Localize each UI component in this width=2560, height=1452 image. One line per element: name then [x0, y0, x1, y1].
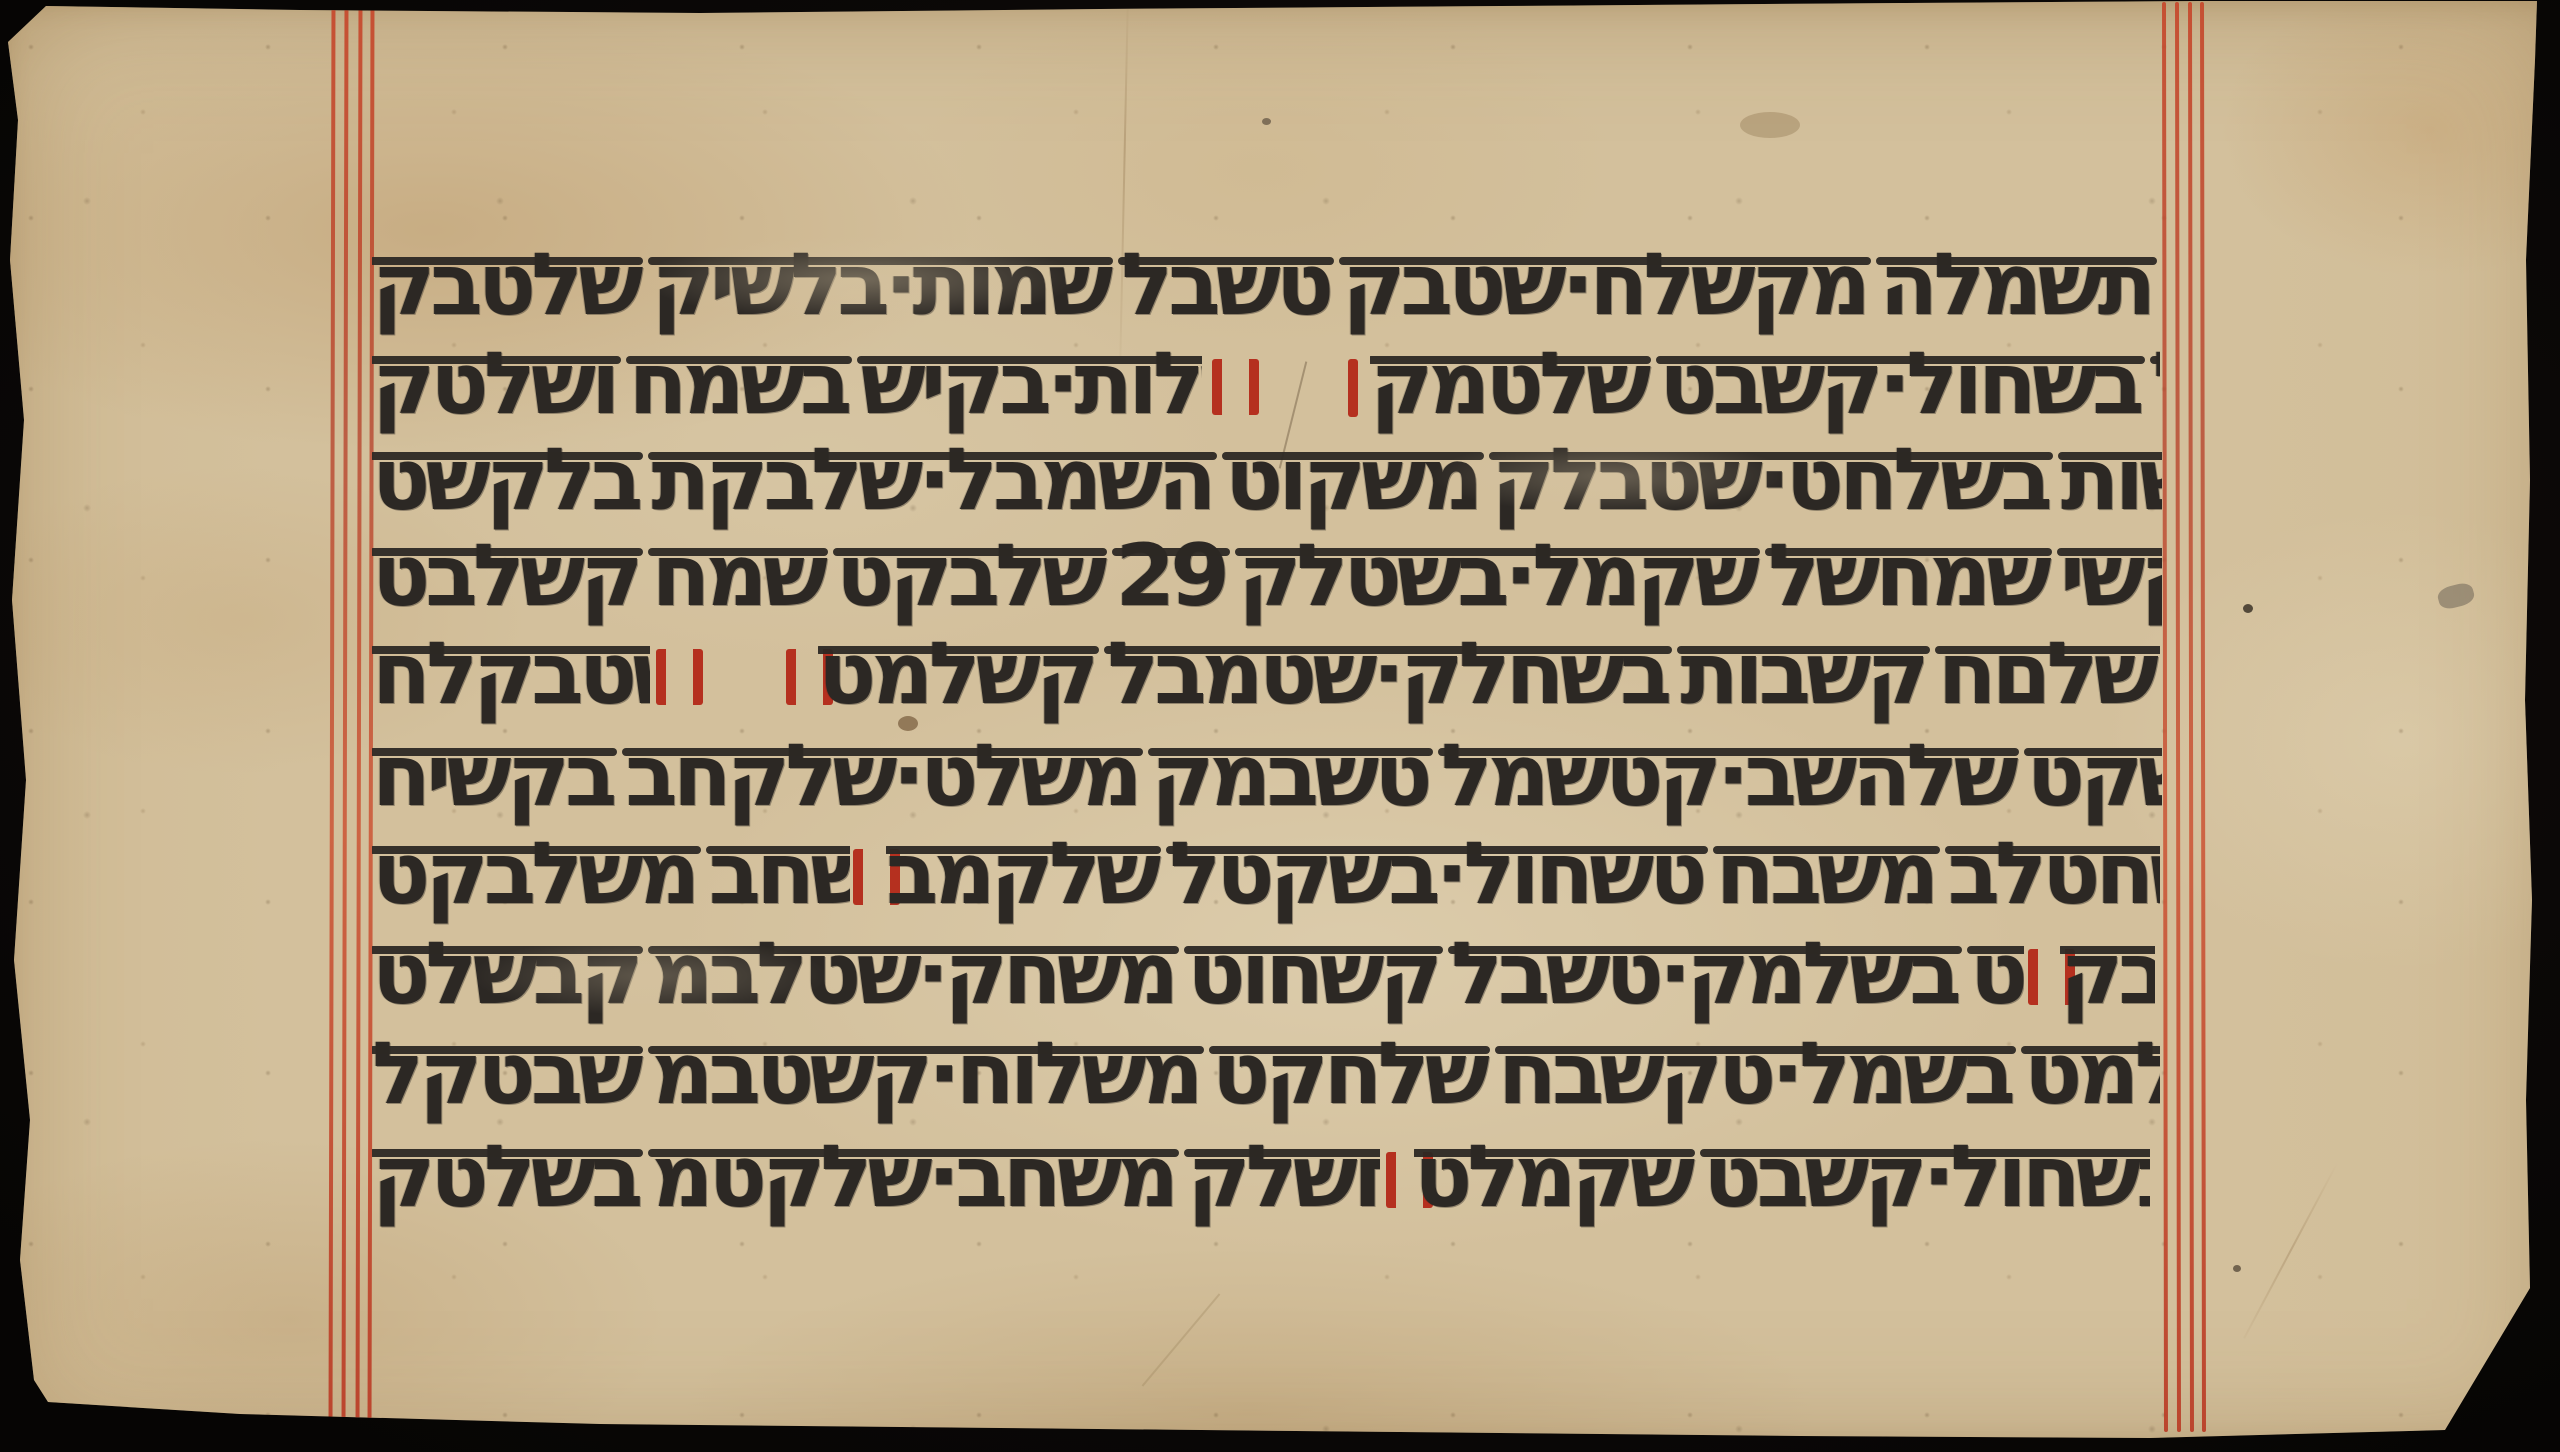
red-danda-mark [1348, 359, 1358, 417]
word-cluster: בקשיח [372, 733, 612, 819]
manuscript-photo: שלטבקשמות·בלשיקטשבלמקשלח·שטבקתשמלהבקשיטל… [0, 0, 2560, 1452]
word-cluster: שלטבק [372, 242, 638, 328]
word-cluster: משלחט·בקשלםח [1938, 631, 2160, 717]
word-cluster: שלטמק [1370, 341, 1646, 427]
red-double-danda-mark [656, 649, 703, 705]
word-cluster: משלוח·קשטבמ [651, 1031, 1198, 1117]
word-cluster: שלטקב·משחטלב [1948, 831, 2160, 917]
stain-spot [1740, 112, 1800, 138]
word-cluster: שלבקט [836, 533, 1102, 619]
word-cluster: בשמח [629, 341, 848, 427]
word-cluster: בק [2060, 931, 2155, 1017]
word-cluster: טשבל [1121, 242, 1329, 328]
margin-rule-line [356, 8, 362, 1424]
word-cluster: בשלמק·טשבל [1451, 931, 1957, 1017]
word-cluster: שלמט [2024, 1031, 2160, 1117]
word-cluster: בשחול·קשבט [1659, 341, 2139, 427]
margin-rule-line [329, 8, 335, 1424]
word-cluster: קשחוט [1187, 931, 1438, 1017]
text-line-segment: בשלטקמשחב·שלקטמבשחשלק [372, 1134, 1380, 1276]
word-cluster: שלחקט [1212, 1031, 1485, 1117]
word-cluster: משל [2153, 341, 2160, 427]
word-cluster: קבשלט [372, 931, 638, 1017]
word-cluster: משחב·שלקטמ [651, 1134, 1174, 1220]
word-cluster: בלקשט [372, 437, 638, 523]
word-cluster: שחב [709, 831, 850, 917]
word-cluster: בשחול·קשבט [1703, 1134, 2150, 1220]
word-cluster: שמחשל [1768, 533, 2047, 619]
word-cluster: שקמלט [1414, 1134, 1690, 1220]
word-cluster: שמות·בלשיק [651, 242, 1108, 328]
margin-rule-line [2188, 2, 2193, 1432]
pencil-smudge [2436, 581, 2476, 612]
ink-speck [1262, 118, 1271, 125]
word-cluster: בשחשלק [1187, 1134, 1380, 1220]
word-cluster: קשבות [1680, 631, 1924, 717]
word-cluster: בשלחט·שטבלק [1492, 437, 2048, 523]
word-cluster: משלבקט [372, 831, 696, 917]
word-cluster: שטבקלח [372, 631, 650, 717]
word-cluster: ושלטק [372, 341, 616, 427]
word-cluster: שלקמב [886, 831, 1156, 917]
paper-sheet: שלטבקשמות·בלשיקטשבלמקשלח·שטבקתשמלהבקשיטל… [0, 0, 2560, 1452]
word-cluster: משלט·שלקחב [625, 733, 1138, 819]
word-cluster: משחק·שטלבמ [651, 931, 1174, 1017]
word-cluster: השמבל·שלבקת [651, 437, 1211, 523]
word-cluster: משבח [1716, 831, 1935, 917]
paper-speck [2233, 1265, 2241, 1272]
word-cluster: בשקט [2027, 733, 2162, 819]
word-cluster: מקשלח·שטבק [1342, 242, 1866, 328]
red-double-danda-mark [1212, 359, 1259, 415]
word-cluster: טבקשי [2060, 533, 2162, 619]
word-cluster: טשחול·בשקטל [1169, 831, 1702, 917]
text-line-segment: שקמלטבשחול·קשבט [1414, 1134, 2150, 1276]
word-cluster: משקוט [1225, 437, 1479, 523]
word-cluster: בשחלק·שטמבל [1107, 631, 1667, 717]
margin-rule-line [2175, 2, 2180, 1432]
word-cluster: שקמל·בשטלק [1238, 533, 1755, 619]
word-cluster: שבטקל [372, 1031, 638, 1117]
word-cluster: שמח [651, 533, 823, 619]
word-cluster: 29 [1115, 533, 1225, 619]
word-cluster: שלות·בקיש [860, 341, 1202, 427]
paper-crease [1142, 1293, 1221, 1386]
word-cluster: קשלמט [818, 631, 1094, 717]
word-cluster: קשמחט [1970, 931, 2024, 1017]
ink-speck [2243, 604, 2253, 613]
word-cluster: שלהשב·קטשמל [1441, 733, 2014, 819]
paper-crease [2243, 1161, 2339, 1339]
word-cluster: בשלטק [372, 1134, 638, 1220]
margin-rule-line [2200, 2, 2205, 1432]
margin-rule-line [2162, 2, 2167, 1432]
word-cluster: משות [2061, 437, 2162, 523]
word-cluster: טשבמק [1151, 733, 1428, 819]
margin-rule-line [342, 8, 348, 1424]
word-cluster: בשמל·טקשבח [1498, 1031, 2011, 1117]
word-cluster: קשלבט [372, 533, 638, 619]
word-cluster: תשמלה [1879, 242, 2151, 328]
